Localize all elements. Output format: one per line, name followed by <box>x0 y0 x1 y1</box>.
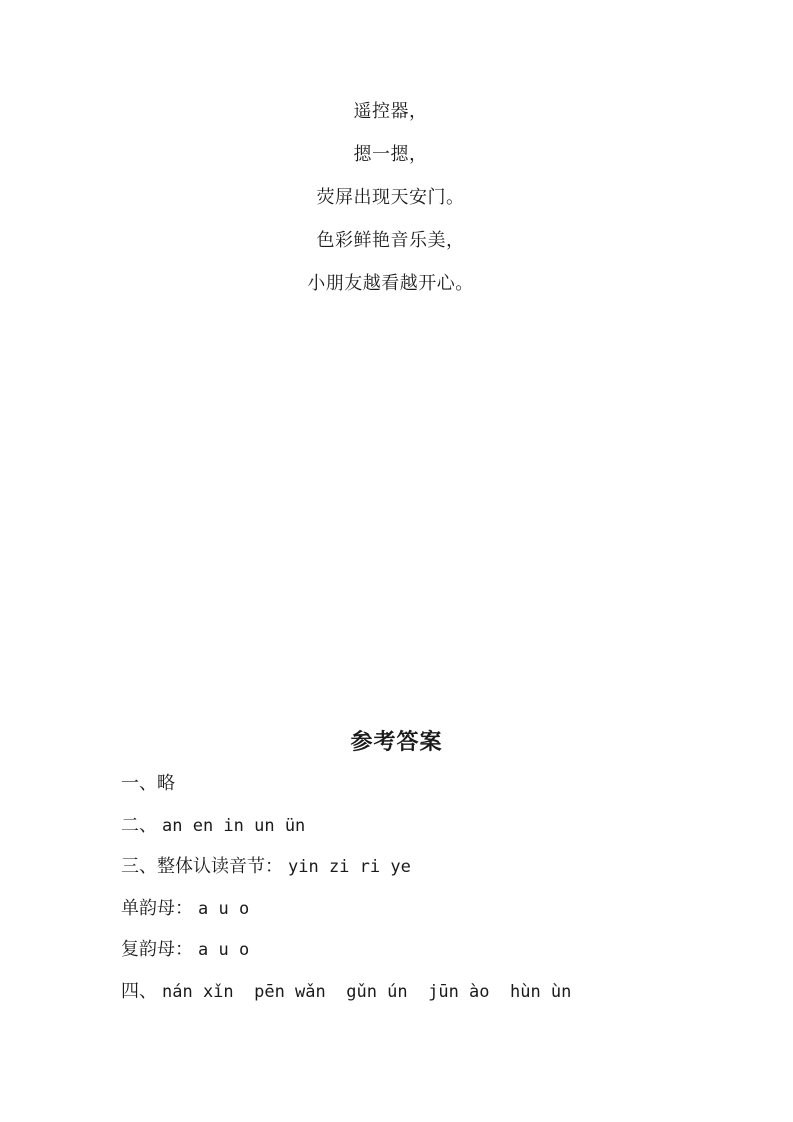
answer-6-prefix: 四、 <box>121 981 157 1001</box>
poem-line-4: 色彩鲜艳音乐美， <box>0 219 781 262</box>
answer-line-6: 四、nán xǐn pēn wǎn gǔn ún jūn ào hùn ùn <box>121 971 753 1013</box>
poem-line-1: 遥控器， <box>0 90 781 133</box>
poem-line-3: 荧屏出现天安门。 <box>0 176 781 219</box>
document-page: 遥控器， 摁一摁， 荧屏出现天安门。 色彩鲜艳音乐美， 小朋友越看越开心。 参考… <box>0 0 793 1122</box>
answer-line-3: 三、整体认读音节：yin zi ri ye <box>121 846 753 888</box>
poem-block: 遥控器， 摁一摁， 荧屏出现天安门。 色彩鲜艳音乐美， 小朋友越看越开心。 <box>0 90 781 305</box>
answer-6-pinyin: nán xǐn pēn wǎn gǔn ún jūn ào hùn ùn <box>162 982 571 1002</box>
answer-line-5: 复韵母：a u o <box>121 929 753 971</box>
answer-1-prefix: 一、 <box>121 773 157 793</box>
answer-5-prefix: 复韵母： <box>121 939 193 959</box>
answer-line-4: 单韵母：a u o <box>121 888 753 930</box>
answer-line-2: 二、an en in un ün <box>121 805 753 847</box>
answer-line-1: 一、略 <box>121 763 753 805</box>
answer-3-pinyin: yin zi ri ye <box>288 857 411 877</box>
poem-line-5: 小朋友越看越开心。 <box>0 262 781 305</box>
answer-5-pinyin: a u o <box>198 940 249 960</box>
answer-4-prefix: 单韵母： <box>121 898 193 918</box>
answer-2-prefix: 二、 <box>121 815 157 835</box>
answer-3-prefix: 三、整体认读音节： <box>121 856 283 876</box>
answer-2-pinyin: an en in un ün <box>162 816 305 836</box>
answer-1-text: 略 <box>157 773 175 793</box>
answers-heading: 参考答案 <box>0 725 793 756</box>
answers-block: 一、略 二、an en in un ün 三、整体认读音节：yin zi ri … <box>121 763 753 1012</box>
poem-line-2: 摁一摁， <box>0 133 781 176</box>
answer-4-pinyin: a u o <box>198 899 249 919</box>
